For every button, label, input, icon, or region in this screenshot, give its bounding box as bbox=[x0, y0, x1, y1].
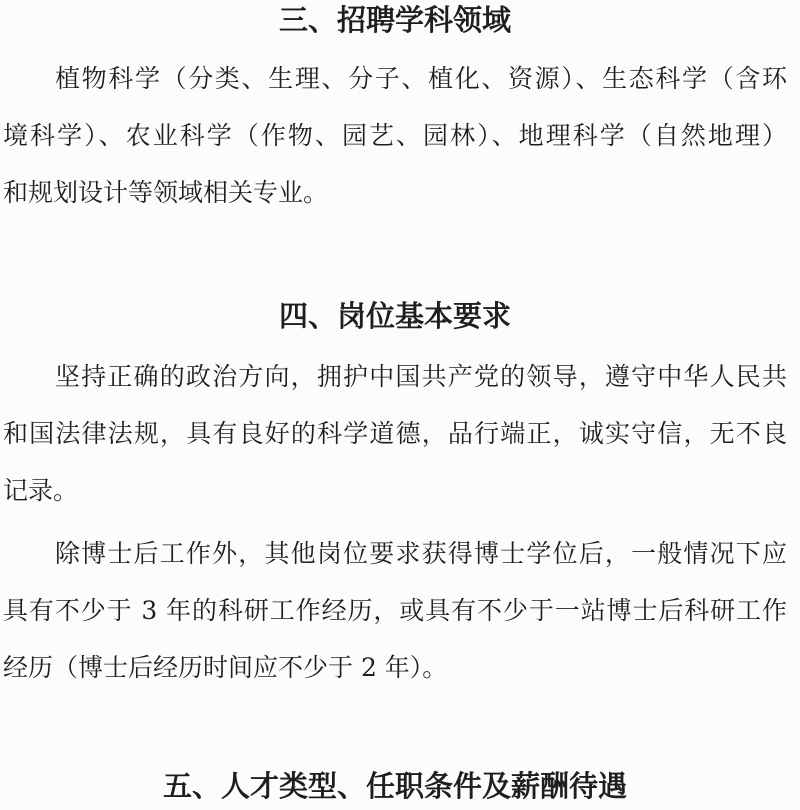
paragraph-line: 和国法律法规，具有良好的科学道德，品行端正，诚实守信，无不良 bbox=[3, 405, 787, 462]
paragraph-experience-requirements: 除博士后工作外，其他岗位要求获得博士学位后，一般情况下应 具有不少于 3 年的科… bbox=[3, 525, 787, 696]
paragraph-line: 坚持正确的政治方向，拥护中国共产党的领导，遵守中华人民共 bbox=[3, 348, 787, 405]
paragraph-line: 具有不少于 3 年的科研工作经历，或具有不少于一站博士后科研工作 bbox=[3, 582, 787, 639]
paragraph-recruitment-fields: 植物科学（分类、生理、分子、植化、资源）、生态科学（含环 境科学）、农业科学（作… bbox=[3, 50, 787, 221]
paragraph-line: 和规划设计等领域相关专业。 bbox=[3, 164, 787, 221]
paragraph-line: 除博士后工作外，其他岗位要求获得博士学位后，一般情况下应 bbox=[3, 525, 787, 582]
section-heading-recruitment-fields: 三、招聘学科领域 bbox=[3, 0, 787, 40]
section-heading-talent-types-compensation: 五、人才类型、任职条件及薪酬待遇 bbox=[3, 766, 787, 806]
section-heading-basic-requirements: 四、岗位基本要求 bbox=[3, 296, 787, 336]
paragraph-line: 记录。 bbox=[3, 462, 787, 519]
paragraph-line: 植物科学（分类、生理、分子、植化、资源）、生态科学（含环 bbox=[3, 50, 787, 107]
paragraph-line: 经历（博士后经历时间应不少于 2 年）。 bbox=[3, 639, 787, 696]
paragraph-political-requirements: 坚持正确的政治方向，拥护中国共产党的领导，遵守中华人民共 和国法律法规，具有良好… bbox=[3, 348, 787, 519]
paragraph-line: 境科学）、农业科学（作物、园艺、园林）、地理科学（自然地理） bbox=[3, 107, 787, 164]
document-page: 三、招聘学科领域 植物科学（分类、生理、分子、植化、资源）、生态科学（含环 境科… bbox=[0, 0, 800, 810]
